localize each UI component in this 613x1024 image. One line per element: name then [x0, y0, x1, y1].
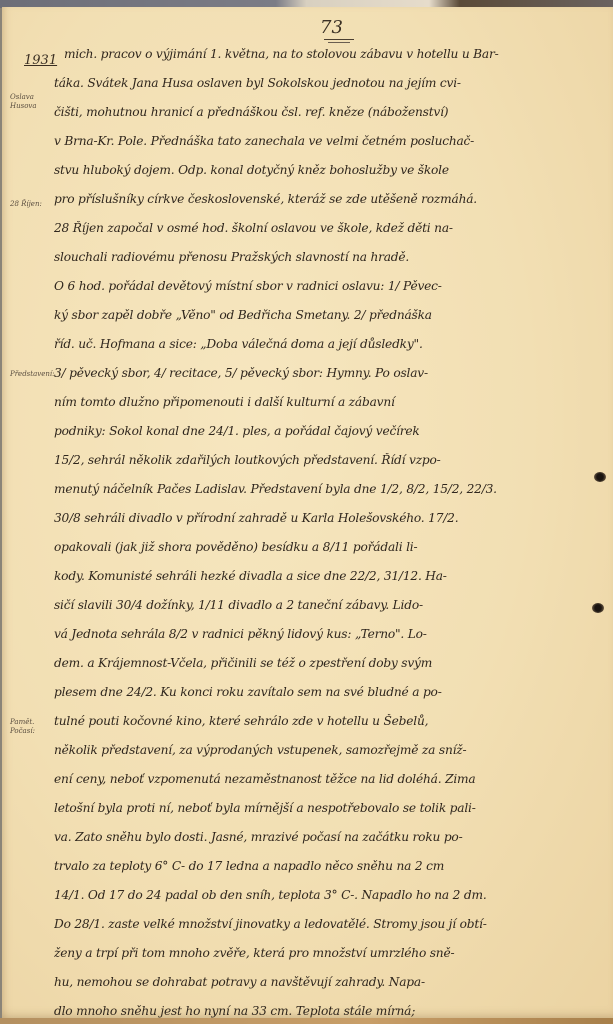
text-line: ký sbor zapěl dobře „Věno" od Bedřicha S…	[54, 308, 574, 322]
text-line: pro příslušníky církve československé, k…	[54, 192, 574, 206]
text-line: va. Zato sněhu bylo dosti. Jasné, mraziv…	[54, 830, 574, 844]
text-line: letošní byla proti ní, neboť byla mírněj…	[54, 801, 574, 815]
text-line: dem. a Krájemnost-Včela, přičinili se té…	[54, 656, 574, 670]
page-number-underline	[324, 39, 354, 40]
text-line: kody. Komunisté sehráli hezké divadla a …	[54, 569, 574, 583]
text-line: 14/1. Od 17 do 24 padal ob den sníh, tep…	[54, 888, 574, 902]
text-line: trvalo za teploty 6° C- do 17 ledna a na…	[54, 859, 574, 873]
text-line: podniky: Sokol konal dne 24/1. ples, a p…	[54, 424, 574, 438]
text-line: stvu hluboký dojem. Odp. konal dotyčný k…	[54, 163, 574, 177]
text-line: čišti, mohutnou hranicí a přednáškou čsl…	[54, 105, 574, 119]
margin-note-hus: Oslava Husova	[10, 93, 52, 111]
scanner-bottom-edge	[0, 1018, 613, 1024]
text-line: Do 28/1. zaste velké množství jinovatky …	[54, 917, 574, 931]
margin-note-october: 28 Říjen:	[10, 200, 52, 209]
binding-hole	[592, 603, 604, 613]
binding-hole	[594, 472, 606, 482]
text-line: ženy a trpí při tom mnoho zvěře, která p…	[54, 946, 574, 960]
text-line: několik představení, za výprodaných vstu…	[54, 743, 574, 757]
text-line: sičí slavili 30/4 dožínky, 1/11 divadlo …	[54, 598, 574, 612]
text-line: táka. Svátek Jana Husa oslaven byl Sokol…	[54, 76, 574, 90]
text-line: 3/ pěvecký sbor, 4/ recitace, 5/ pěvecký…	[54, 366, 574, 380]
page-number: 73	[320, 17, 343, 38]
text-line: 28 Říjen započal v osmé hod. školní osla…	[54, 221, 574, 235]
margin-note-weather: Pamět. Počasí:	[10, 718, 52, 736]
text-line: menutý náčelník Pačes Ladislav. Představ…	[54, 482, 574, 496]
text-line: ení ceny, neboť vzpomenutá nezaměstnanos…	[54, 772, 574, 786]
year-heading: 1931	[24, 53, 57, 68]
text-line: hu, nemohou se dohrabat potravy a navště…	[54, 975, 574, 989]
text-line: mich. pracov o výjimání 1. května, na to…	[64, 47, 584, 61]
text-line: slouchali radiovému přenosu Pražských sl…	[54, 250, 574, 264]
text-line: opakovali (jak již shora pověděno) besíd…	[54, 540, 574, 554]
text-line: dlo mnoho sněhu jest ho nyní na 33 cm. T…	[54, 1004, 574, 1018]
text-line: říd. uč. Hofmana a sice: „Doba válečná d…	[54, 337, 574, 351]
text-line: O 6 hod. pořádal devětový místní sbor v …	[54, 279, 574, 293]
text-line: 30/8 sehráli divadlo v přírodní zahradě …	[54, 511, 574, 525]
text-line: plesem dne 24/2. Ku konci roku zavítalo …	[54, 685, 574, 699]
handwritten-chronicle-page: 73 1931 Oslava Husova 28 Říjen: Představ…	[2, 7, 613, 1019]
page-number-underline-2	[328, 42, 350, 43]
text-line: ním tomto dlužno připomenouti i další ku…	[54, 395, 574, 409]
margin-note-performances: Představení:	[10, 370, 52, 379]
text-line: v Brna-Kr. Pole. Přednáška tato zanechal…	[54, 134, 574, 148]
text-line: 15/2, sehrál několik zdařilých loutkovýc…	[54, 453, 574, 467]
text-line: vá Jednota sehrála 8/2 v radnici pěkný l…	[54, 627, 574, 641]
text-line: tulné pouti kočovné kino, které sehrálo …	[54, 714, 574, 728]
